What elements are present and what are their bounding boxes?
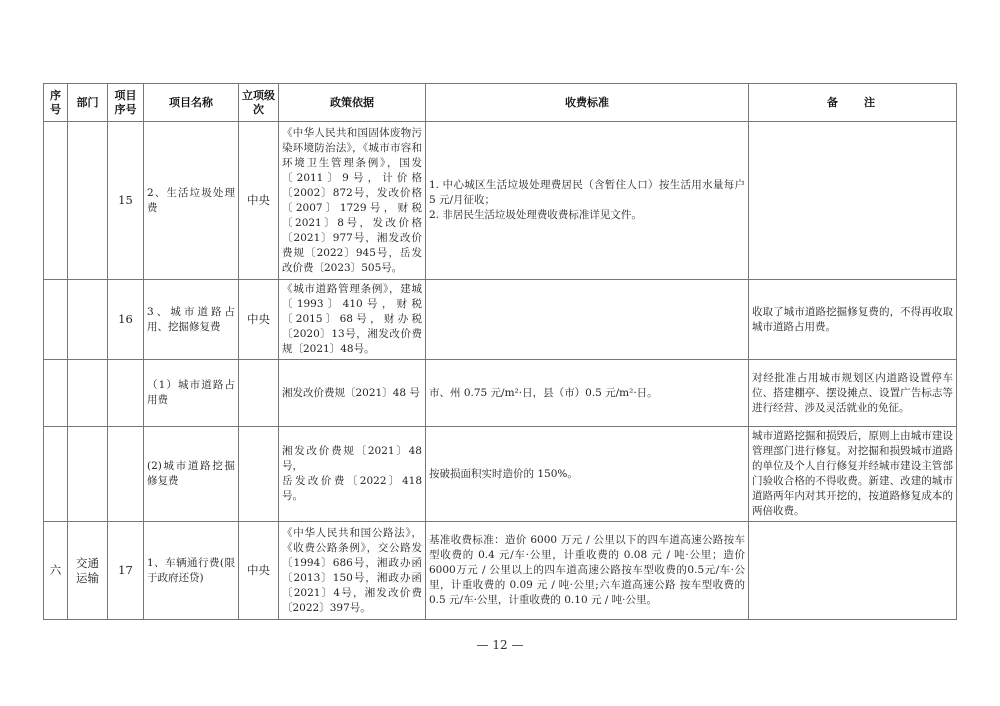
cell-policy-basis: 《中华人民共和国公路法》，《收费公路条例》，交公路发〔1994〕686号，湘政办… bbox=[279, 522, 426, 620]
cell-department: 交通运输 bbox=[68, 522, 108, 620]
cell-item-seq: 17 bbox=[108, 522, 144, 620]
cell-fee-standard: 基准收费标准：造价 6000 万元 / 公里以下的四车道高速公路按车型收费的 0… bbox=[426, 522, 749, 620]
cell-policy-basis: 湘发改价费规〔2021〕48 号 bbox=[279, 360, 426, 427]
cell-remarks bbox=[749, 522, 957, 620]
table-row: 15 2、生活垃圾处理费 中央 《中华人民共和国固体废物污染环境防治法》，《城市… bbox=[44, 122, 957, 280]
header-seq: 序号 bbox=[44, 84, 68, 122]
cell-item-seq bbox=[108, 360, 144, 427]
header-remarks: 备注 bbox=[749, 84, 957, 122]
cell-level bbox=[239, 427, 279, 522]
cell-item-name: （1）城市道路占用费 bbox=[144, 360, 239, 427]
cell-item-seq: 15 bbox=[108, 122, 144, 280]
table-row: 六 交通运输 17 1、车辆通行费(限于政府还贷) 中央 《中华人民共和国公路法… bbox=[44, 522, 957, 620]
cell-item-name: 1、车辆通行费(限于政府还贷) bbox=[144, 522, 239, 620]
header-row: 序号 部门 项目序号 项目名称 立项级次 政策依据 收费标准 备注 bbox=[44, 84, 957, 122]
cell-seq bbox=[44, 427, 68, 522]
table-row: 16 3、城市道路占用、挖掘修复费 中央 《城市道路管理条例》，建城〔1993〕… bbox=[44, 280, 957, 360]
cell-remarks: 对经批准占用城市规划区内道路设置停车位、搭建棚亭、摆设摊点、设置广告标志等进行经… bbox=[749, 360, 957, 427]
cell-department bbox=[68, 122, 108, 280]
cell-remarks: 城市道路挖掘和损毁后，原则上由城市建设管理部门进行修复。对挖掘和损毁城市道路的单… bbox=[749, 427, 957, 522]
cell-fee-standard: 1. 中心城区生活垃圾处理费居民（含暂住人口）按生活用水量每户 5 元/月征收；… bbox=[426, 122, 749, 280]
cell-item-seq: 16 bbox=[108, 280, 144, 360]
header-policy-basis: 政策依据 bbox=[279, 84, 426, 122]
fee-table: 序号 部门 项目序号 项目名称 立项级次 政策依据 收费标准 备注 15 2、生… bbox=[43, 83, 957, 620]
cell-fee-standard: 按破损面积实时造价的 150%。 bbox=[426, 427, 749, 522]
document-page: 序号 部门 项目序号 项目名称 立项级次 政策依据 收费标准 备注 15 2、生… bbox=[0, 0, 1000, 706]
cell-level: 中央 bbox=[239, 280, 279, 360]
cell-department bbox=[68, 427, 108, 522]
fee-standard-line: 2. 非居民生活垃圾处理费收费标准详见文件。 bbox=[429, 208, 745, 223]
table-row: （1）城市道路占用费 湘发改价费规〔2021〕48 号 市、州 0.75 元/m… bbox=[44, 360, 957, 427]
cell-fee-standard: 市、州 0.75 元/m²·日，县（市）0.5 元/m²·日。 bbox=[426, 360, 749, 427]
cell-policy-basis: 《中华人民共和国固体废物污染环境防治法》，《城市市容和环境卫生管理条例》，国发〔… bbox=[279, 122, 426, 280]
cell-level: 中央 bbox=[239, 122, 279, 280]
header-fee-standard: 收费标准 bbox=[426, 84, 749, 122]
fee-standard-line: 1. 中心城区生活垃圾处理费居民（含暂住人口）按生活用水量每户 5 元/月征收； bbox=[429, 178, 745, 208]
policy-basis-line: 岳发改价费〔2022〕418号。 bbox=[282, 474, 422, 504]
header-item-seq: 项目序号 bbox=[108, 84, 144, 122]
cell-seq: 六 bbox=[44, 522, 68, 620]
cell-item-name: (2)城市道路挖掘修复费 bbox=[144, 427, 239, 522]
cell-seq bbox=[44, 360, 68, 427]
cell-item-name: 3、城市道路占用、挖掘修复费 bbox=[144, 280, 239, 360]
cell-level: 中央 bbox=[239, 522, 279, 620]
cell-policy-basis: 《城市道路管理条例》，建城〔1993〕410号，财税〔2015〕68号，财办税〔… bbox=[279, 280, 426, 360]
policy-basis-line: 湘发改价费规〔2021〕48号， bbox=[282, 444, 422, 474]
cell-department bbox=[68, 280, 108, 360]
cell-item-seq bbox=[108, 427, 144, 522]
cell-department bbox=[68, 360, 108, 427]
table-row: (2)城市道路挖掘修复费 湘发改价费规〔2021〕48号， 岳发改价费〔2022… bbox=[44, 427, 957, 522]
header-department: 部门 bbox=[68, 84, 108, 122]
cell-seq bbox=[44, 122, 68, 280]
cell-fee-standard bbox=[426, 280, 749, 360]
header-level: 立项级次 bbox=[239, 84, 279, 122]
cell-item-name: 2、生活垃圾处理费 bbox=[144, 122, 239, 280]
cell-remarks bbox=[749, 122, 957, 280]
page-number: — 12 — bbox=[0, 638, 1000, 652]
cell-remarks: 收取了城市道路挖掘修复费的，不得再收取城市道路占用费。 bbox=[749, 280, 957, 360]
cell-level bbox=[239, 360, 279, 427]
header-item-name: 项目名称 bbox=[144, 84, 239, 122]
cell-seq bbox=[44, 280, 68, 360]
cell-policy-basis: 湘发改价费规〔2021〕48号， 岳发改价费〔2022〕418号。 bbox=[279, 427, 426, 522]
